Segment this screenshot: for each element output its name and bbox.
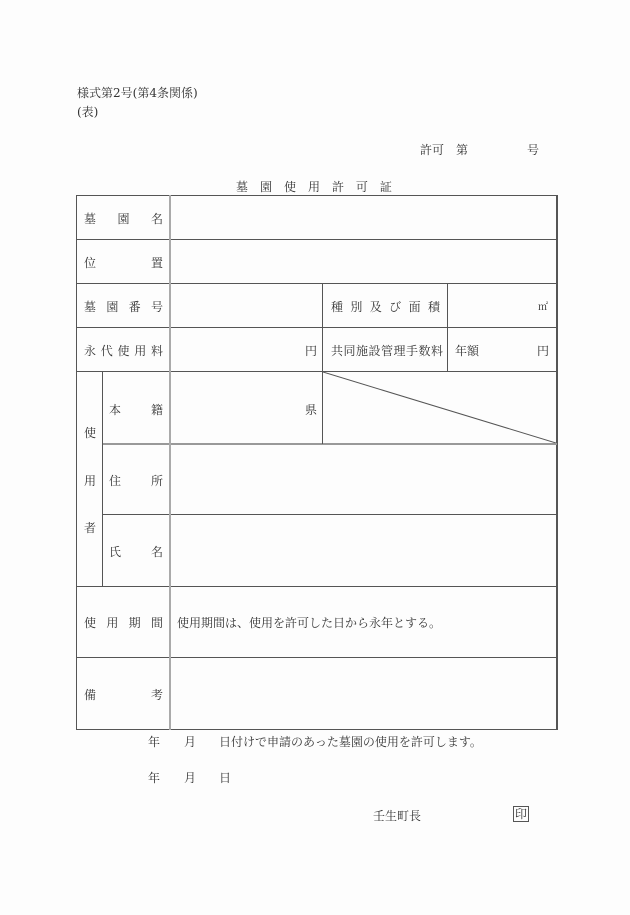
title-char: 許 — [332, 178, 344, 195]
title-char: 園 — [260, 178, 272, 195]
area-unit: ㎡ — [538, 298, 548, 313]
label-char: 期 — [129, 614, 141, 631]
permit-number-suffix: 号 — [527, 141, 539, 158]
label-char: 積 — [428, 298, 440, 315]
domicile-label: 本 籍 — [109, 401, 163, 418]
label-char: 用 — [106, 614, 118, 631]
period-text: 使用期間は、使用を許可した日から永年とする。 — [177, 614, 441, 631]
label-char: 籍 — [151, 401, 163, 418]
label-char: 所 — [151, 472, 163, 489]
label-char: 墓 — [84, 210, 96, 227]
label-char: 代 — [101, 342, 113, 359]
permit-number-prefix: 第 — [456, 141, 468, 158]
label-char: 墓 — [84, 298, 96, 315]
application-month: 月 — [184, 733, 196, 750]
domicile-field[interactable] — [172, 372, 321, 442]
label-char: び — [389, 298, 401, 315]
issue-day: 日 — [219, 769, 231, 786]
issuer-name: 壬生町長 — [373, 807, 421, 824]
label-char: 住 — [109, 472, 121, 489]
plot-number-field[interactable] — [172, 284, 321, 326]
permit-label: 許可 — [420, 141, 444, 158]
side-indicator: (表) — [77, 103, 98, 120]
row-divider — [76, 586, 557, 587]
prefecture-suffix: 県 — [305, 401, 317, 418]
table-border-right — [556, 195, 558, 730]
label-char: 永 — [84, 342, 96, 359]
label-char: 備 — [84, 686, 96, 703]
label-char: 使 — [84, 614, 96, 631]
application-text: 日付けで申請のあった墓園の使用を許可します。 — [219, 733, 482, 750]
issue-year: 年 — [148, 769, 160, 786]
user-group-label-char: 用 — [84, 472, 96, 489]
label-char: 料 — [151, 342, 163, 359]
label-char: 種 — [331, 298, 343, 315]
issue-month: 月 — [184, 769, 196, 786]
name-label: 氏 名 — [109, 543, 163, 560]
perpetual-fee-label: 永 代 使 用 料 — [84, 342, 163, 359]
period-label: 使 用 期 間 — [84, 614, 163, 631]
shared-fee-yen: 円 — [537, 342, 549, 359]
title-char: 使 — [284, 178, 296, 195]
label-char: 園 — [117, 210, 129, 227]
label-char: 園 — [106, 298, 118, 315]
label-char: 名 — [151, 543, 163, 560]
title-char: 用 — [308, 178, 320, 195]
remarks-label: 備 考 — [84, 686, 163, 703]
name-field[interactable] — [172, 515, 555, 585]
label-char: 面 — [409, 298, 421, 315]
label-char: 間 — [151, 614, 163, 631]
cemetery-name-field[interactable] — [172, 196, 555, 238]
column-divider — [447, 283, 448, 371]
table-border-left — [76, 195, 77, 730]
form-number: 様式第2号(第4条関係) — [77, 84, 198, 101]
title-char: 証 — [380, 178, 392, 195]
label-char: 置 — [151, 254, 163, 271]
label-char: 及 — [370, 298, 382, 315]
address-field[interactable] — [172, 445, 555, 513]
annual-label: 年額 — [455, 342, 479, 359]
application-year: 年 — [148, 733, 160, 750]
seal-mark: 印 — [513, 806, 529, 822]
perpetual-fee-field[interactable] — [172, 328, 321, 370]
label-char: 考 — [151, 686, 163, 703]
title-char: 墓 — [236, 178, 248, 195]
label-char: 使 — [117, 342, 129, 359]
label-char: 用 — [134, 342, 146, 359]
shared-fee-label: 共同施設管理手数料 — [331, 342, 444, 359]
type-area-label: 種 別 及 び 面 積 — [331, 298, 440, 315]
diagonal-strike — [323, 372, 556, 443]
user-group-label-char: 使 — [84, 424, 96, 441]
table-border-bottom — [76, 729, 557, 730]
label-char: 氏 — [109, 543, 121, 560]
label-column-divider — [169, 195, 171, 730]
location-label: 位 置 — [84, 254, 163, 271]
label-char: 本 — [109, 401, 121, 418]
page-title: 墓 園 使 用 許 可 証 — [236, 178, 392, 195]
label-char: 位 — [84, 254, 96, 271]
label-char: 名 — [151, 210, 163, 227]
label-char: 号 — [151, 298, 163, 315]
remarks-field[interactable] — [172, 658, 555, 728]
location-field[interactable] — [172, 240, 555, 282]
user-subcolumn-divider — [102, 371, 103, 586]
perpetual-fee-yen: 円 — [305, 342, 317, 359]
address-label: 住 所 — [109, 472, 163, 489]
plot-number-label: 墓 園 番 号 — [84, 298, 163, 315]
title-char: 可 — [356, 178, 368, 195]
label-char: 番 — [129, 298, 141, 315]
label-char: 別 — [350, 298, 362, 315]
user-group-label-char: 者 — [84, 519, 96, 536]
cemetery-name-label: 墓 園 名 — [84, 210, 163, 227]
